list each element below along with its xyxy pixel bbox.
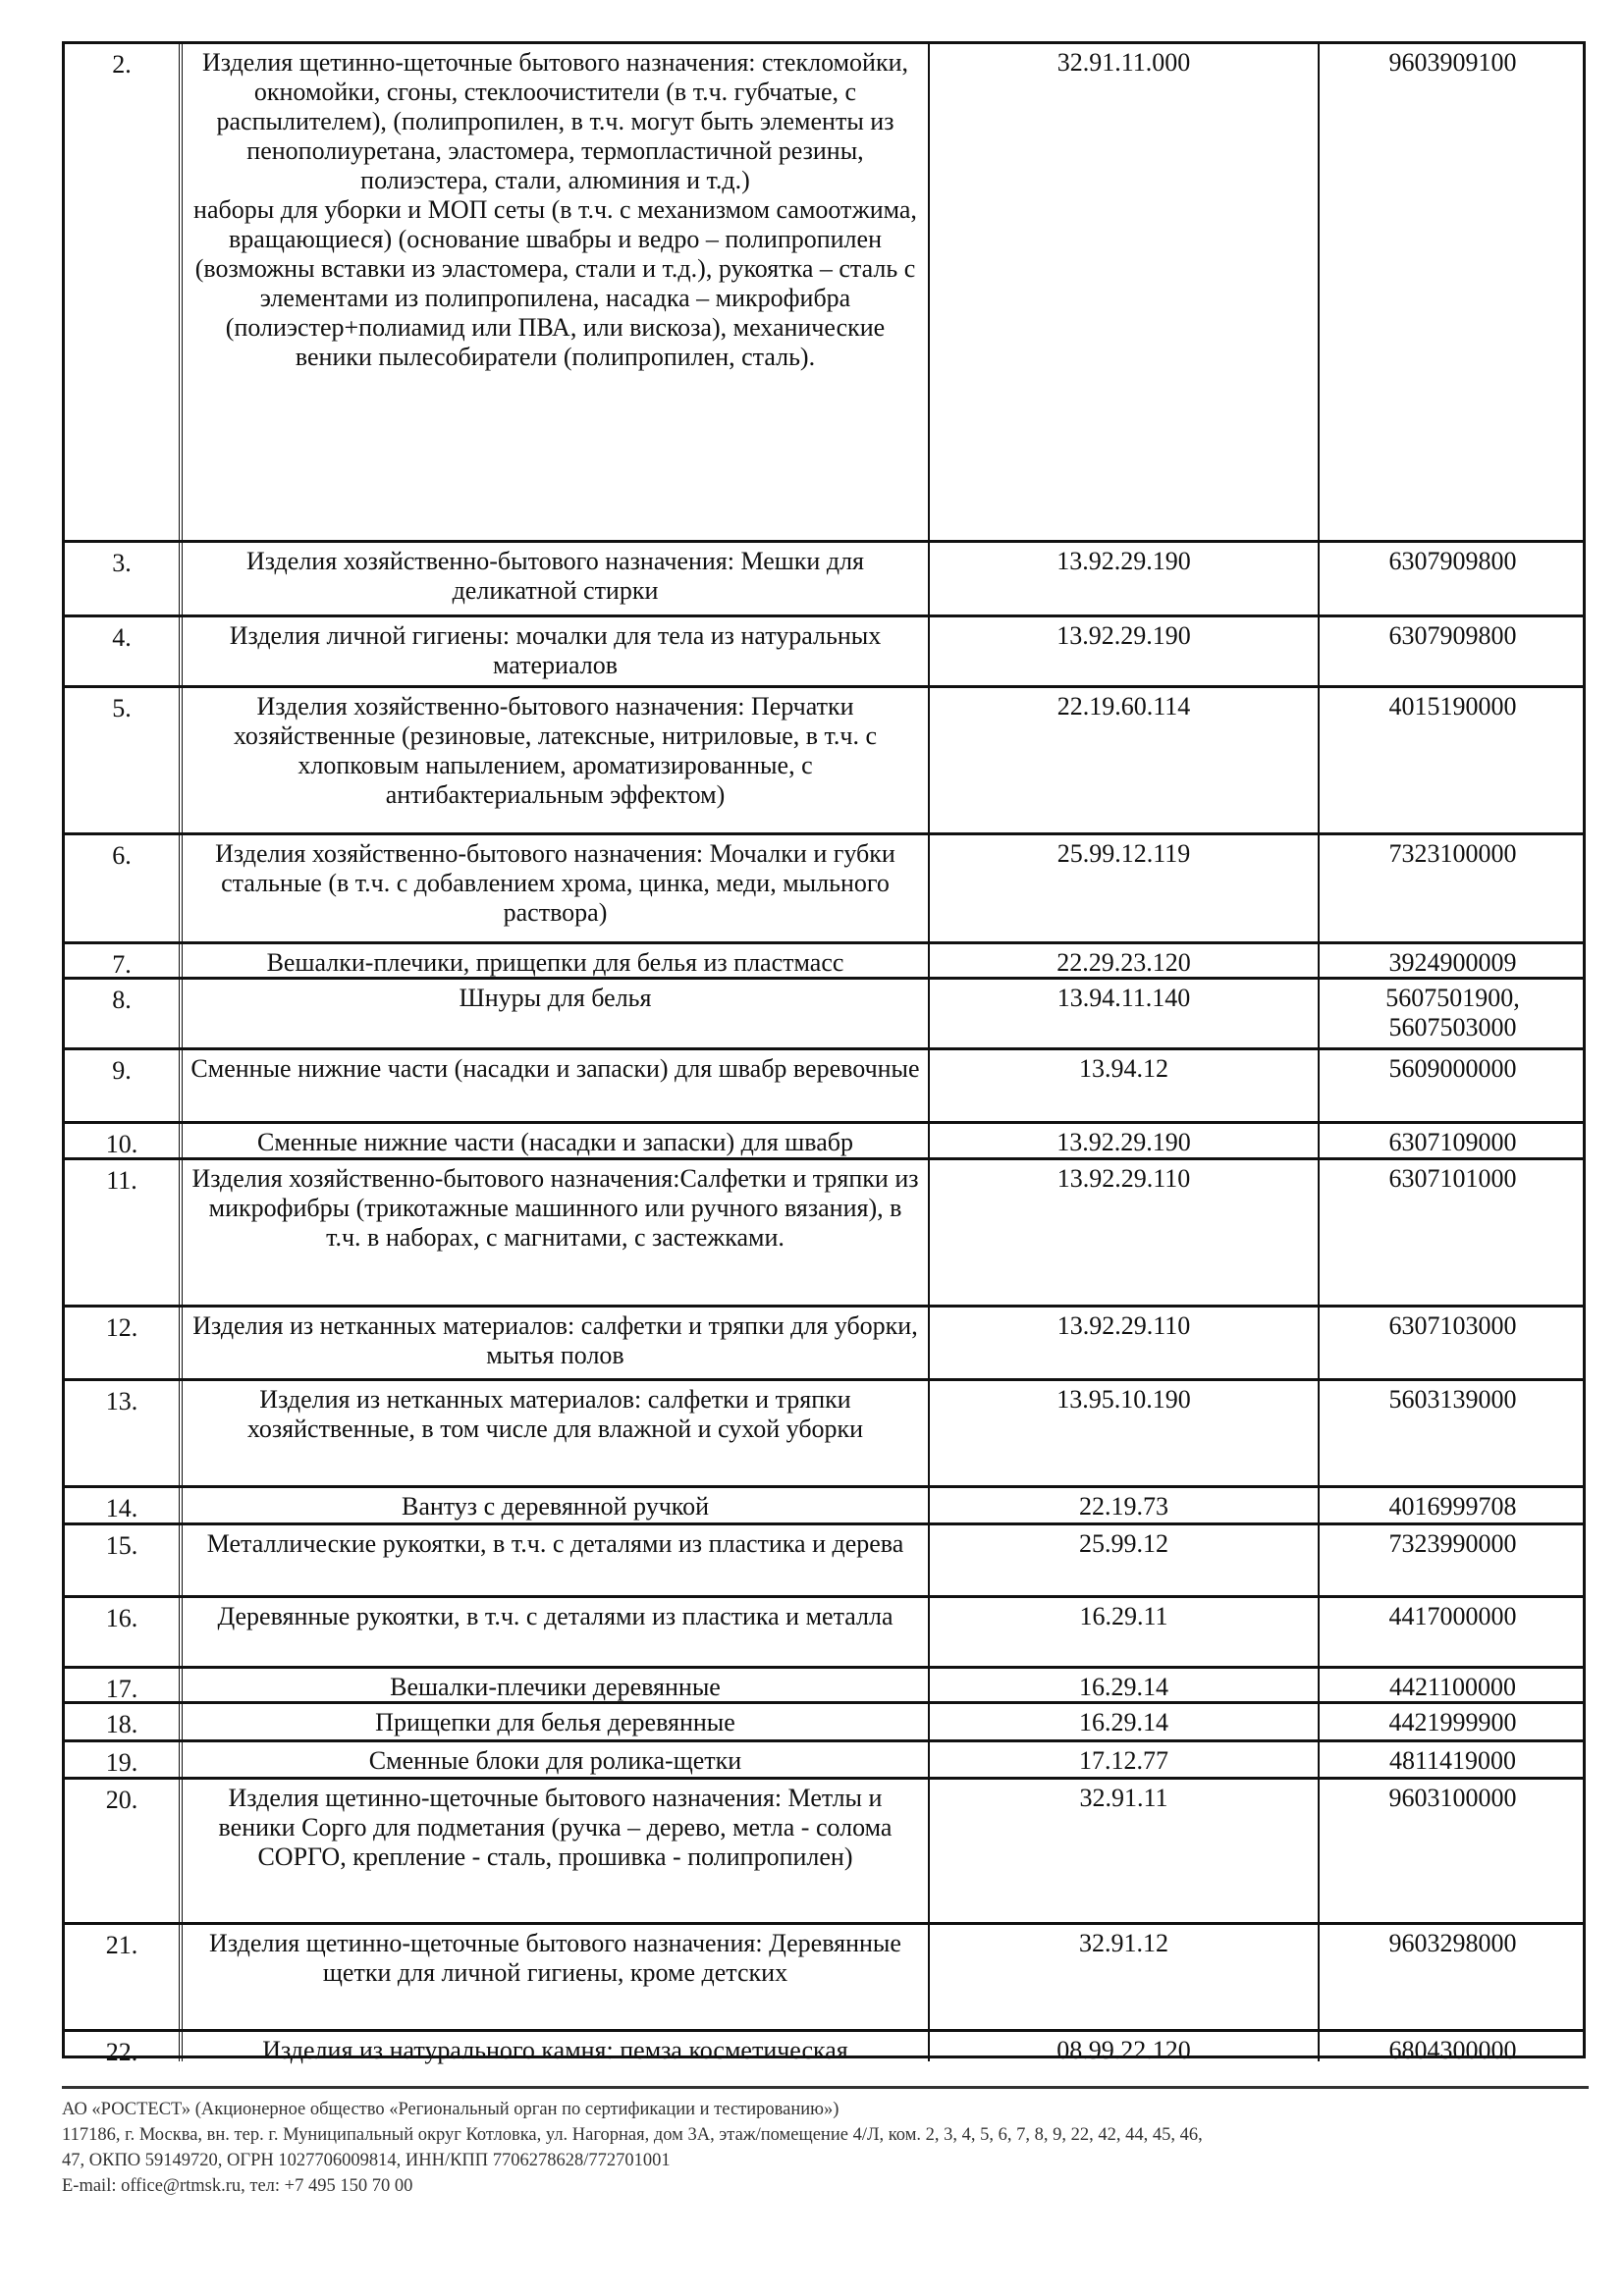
table-row: 20.Изделия щетинно-щеточные бытового наз… [65, 1777, 1583, 1925]
table-row: 13.Изделия из нетканных материалов: салф… [65, 1378, 1583, 1488]
okpd-code: 32.91.11.000 [930, 44, 1320, 543]
product-name: Изделия хозяйственно-бытового назначения… [183, 835, 930, 944]
row-number: 14. [65, 1488, 183, 1525]
table-row: 12.Изделия из нетканных материалов: салф… [65, 1305, 1583, 1381]
okpd-code: 13.92.29.190 [930, 617, 1320, 688]
table-row: 21.Изделия щетинно-щеточные бытового наз… [65, 1922, 1583, 2032]
product-name: Металлические рукоятки, в т.ч. с деталям… [183, 1525, 930, 1598]
table-row: 4.Изделия личной гигиены: мочалки для те… [65, 614, 1583, 688]
product-name: Изделия из нетканных материалов: салфетк… [183, 1381, 930, 1488]
okpd-code: 13.92.29.110 [930, 1308, 1320, 1381]
row-number: 17. [65, 1669, 183, 1704]
okpd-code: 16.29.14 [930, 1669, 1320, 1704]
tnved-code: 4421100000 [1320, 1669, 1586, 1704]
table-row: 14.Вантуз с деревянной ручкой22.19.73401… [65, 1485, 1583, 1525]
row-number: 3. [65, 543, 183, 617]
row-number: 21. [65, 1925, 183, 2032]
footer-registration: 47, ОКПО 59149720, ОГРН 1027706009814, И… [62, 2148, 1594, 2173]
okpd-code: 13.92.29.190 [930, 1124, 1320, 1160]
tnved-code: 6307109000 [1320, 1124, 1586, 1160]
table-row: 18.Прищепки для белья деревянные16.29.14… [65, 1701, 1583, 1742]
tnved-code: 6307103000 [1320, 1308, 1586, 1381]
row-number: 19. [65, 1742, 183, 1780]
table-row: 16.Деревянные рукоятки, в т.ч. с деталям… [65, 1595, 1583, 1669]
okpd-code: 16.29.14 [930, 1704, 1320, 1742]
row-number: 9. [65, 1050, 183, 1124]
okpd-code: 13.92.29.190 [930, 543, 1320, 617]
row-number: 4. [65, 617, 183, 688]
tnved-code: 4016999708 [1320, 1488, 1586, 1525]
tnved-code: 3924900009 [1320, 944, 1586, 980]
okpd-code: 25.99.12.119 [930, 835, 1320, 944]
tnved-code: 9603909100 [1320, 44, 1586, 543]
table-row: 17.Вешалки-плечики деревянные16.29.14442… [65, 1666, 1583, 1704]
okpd-code: 13.94.11.140 [930, 980, 1320, 1050]
products-table: 2.Изделия щетинно-щеточные бытового назн… [62, 41, 1586, 2058]
row-number: 16. [65, 1598, 183, 1669]
footer-divider [62, 2086, 1589, 2089]
tnved-code: 5603139000 [1320, 1381, 1586, 1488]
row-number: 18. [65, 1704, 183, 1742]
product-name: Изделия щетинно-щеточные бытового назнач… [183, 1925, 930, 2032]
okpd-code: 13.92.29.110 [930, 1160, 1320, 1308]
product-name: Сменные нижние части (насадки и запаски)… [183, 1050, 930, 1124]
tnved-code: 9603298000 [1320, 1925, 1586, 2032]
row-number: 12. [65, 1308, 183, 1381]
tnved-code: 4417000000 [1320, 1598, 1586, 1669]
product-name: Вешалки-плечики деревянные [183, 1669, 930, 1704]
row-number: 8. [65, 980, 183, 1050]
tnved-code: 7323100000 [1320, 835, 1586, 944]
okpd-code: 16.29.11 [930, 1598, 1320, 1669]
table-row: 8.Шнуры для белья13.94.11.1405607501900,… [65, 977, 1583, 1050]
product-name: Вешалки-плечики, прищепки для белья из п… [183, 944, 930, 980]
okpd-code: 22.19.60.114 [930, 688, 1320, 835]
row-number: 2. [65, 44, 183, 543]
product-name: Изделия щетинно-щеточные бытового назнач… [183, 44, 930, 543]
footer: АО «РОСТЕСТ» (Акционерное общество «Реги… [62, 2097, 1594, 2199]
row-number: 11. [65, 1160, 183, 1308]
product-name: Деревянные рукоятки, в т.ч. с деталями и… [183, 1598, 930, 1669]
product-name: Вантуз с деревянной ручкой [183, 1488, 930, 1525]
okpd-code: 32.91.12 [930, 1925, 1320, 2032]
tnved-code: 4421999900 [1320, 1704, 1586, 1742]
tnved-code: 4811419000 [1320, 1742, 1586, 1780]
row-number: 10. [65, 1124, 183, 1160]
product-name: Изделия из натурального камня: пемза кос… [183, 2032, 930, 2061]
table-row: 15.Металлические рукоятки, в т.ч. с дета… [65, 1522, 1583, 1598]
footer-address: 117186, г. Москва, вн. тер. г. Муниципал… [62, 2122, 1594, 2148]
row-number: 7. [65, 944, 183, 980]
product-name: Изделия хозяйственно-бытового назначения… [183, 543, 930, 617]
table-row: 11.Изделия хозяйственно-бытового назначе… [65, 1157, 1583, 1308]
row-number: 6. [65, 835, 183, 944]
product-name: Изделия хозяйственно-бытового назначения… [183, 1160, 930, 1308]
row-number: 15. [65, 1525, 183, 1598]
okpd-code: 25.99.12 [930, 1525, 1320, 1598]
table-row: 5.Изделия хозяйственно-бытового назначен… [65, 685, 1583, 835]
tnved-code: 6307101000 [1320, 1160, 1586, 1308]
product-name: Изделия хозяйственно-бытового назначения… [183, 688, 930, 835]
tnved-code: 5609000000 [1320, 1050, 1586, 1124]
product-name: Шнуры для белья [183, 980, 930, 1050]
okpd-code: 17.12.77 [930, 1742, 1320, 1780]
product-name: Сменные блоки для ролика-щетки [183, 1742, 930, 1780]
tnved-code: 6804300000 [1320, 2032, 1586, 2061]
okpd-code: 32.91.11 [930, 1780, 1320, 1925]
okpd-code: 22.19.73 [930, 1488, 1320, 1525]
okpd-code: 13.94.12 [930, 1050, 1320, 1124]
row-number: 20. [65, 1780, 183, 1925]
product-name: Изделия личной гигиены: мочалки для тела… [183, 617, 930, 688]
product-name: Прищепки для белья деревянные [183, 1704, 930, 1742]
table-row: 22.Изделия из натурального камня: пемза … [65, 2029, 1583, 2061]
table-row: 2.Изделия щетинно-щеточные бытового назн… [65, 44, 1583, 543]
tnved-code: 9603100000 [1320, 1780, 1586, 1925]
table-row: 6.Изделия хозяйственно-бытового назначен… [65, 832, 1583, 944]
product-name: Изделия из нетканных материалов: салфетк… [183, 1308, 930, 1381]
product-name: Изделия щетинно-щеточные бытового назнач… [183, 1780, 930, 1925]
table-row: 3.Изделия хозяйственно-бытового назначен… [65, 540, 1583, 617]
table-row: 19.Сменные блоки для ролика-щетки17.12.7… [65, 1739, 1583, 1780]
table-row: 10.Сменные нижние части (насадки и запас… [65, 1121, 1583, 1160]
row-number: 5. [65, 688, 183, 835]
table-row: 9.Сменные нижние части (насадки и запаск… [65, 1047, 1583, 1124]
tnved-code: 6307909800 [1320, 617, 1586, 688]
footer-contacts: E-mail: office@rtmsk.ru, тел: +7 495 150… [62, 2173, 1594, 2199]
row-number: 22. [65, 2032, 183, 2061]
row-number: 13. [65, 1381, 183, 1488]
tnved-code: 6307909800 [1320, 543, 1586, 617]
okpd-code: 08.99.22.120 [930, 2032, 1320, 2061]
tnved-code: 4015190000 [1320, 688, 1586, 835]
okpd-code: 13.95.10.190 [930, 1381, 1320, 1488]
tnved-code: 5607501900, 5607503000 [1320, 980, 1586, 1050]
okpd-code: 22.29.23.120 [930, 944, 1320, 980]
table-row: 7.Вешалки-плечики, прищепки для белья из… [65, 941, 1583, 980]
product-name: Сменные нижние части (насадки и запаски)… [183, 1124, 930, 1160]
tnved-code: 7323990000 [1320, 1525, 1586, 1598]
footer-company: АО «РОСТЕСТ» (Акционерное общество «Реги… [62, 2097, 1594, 2122]
